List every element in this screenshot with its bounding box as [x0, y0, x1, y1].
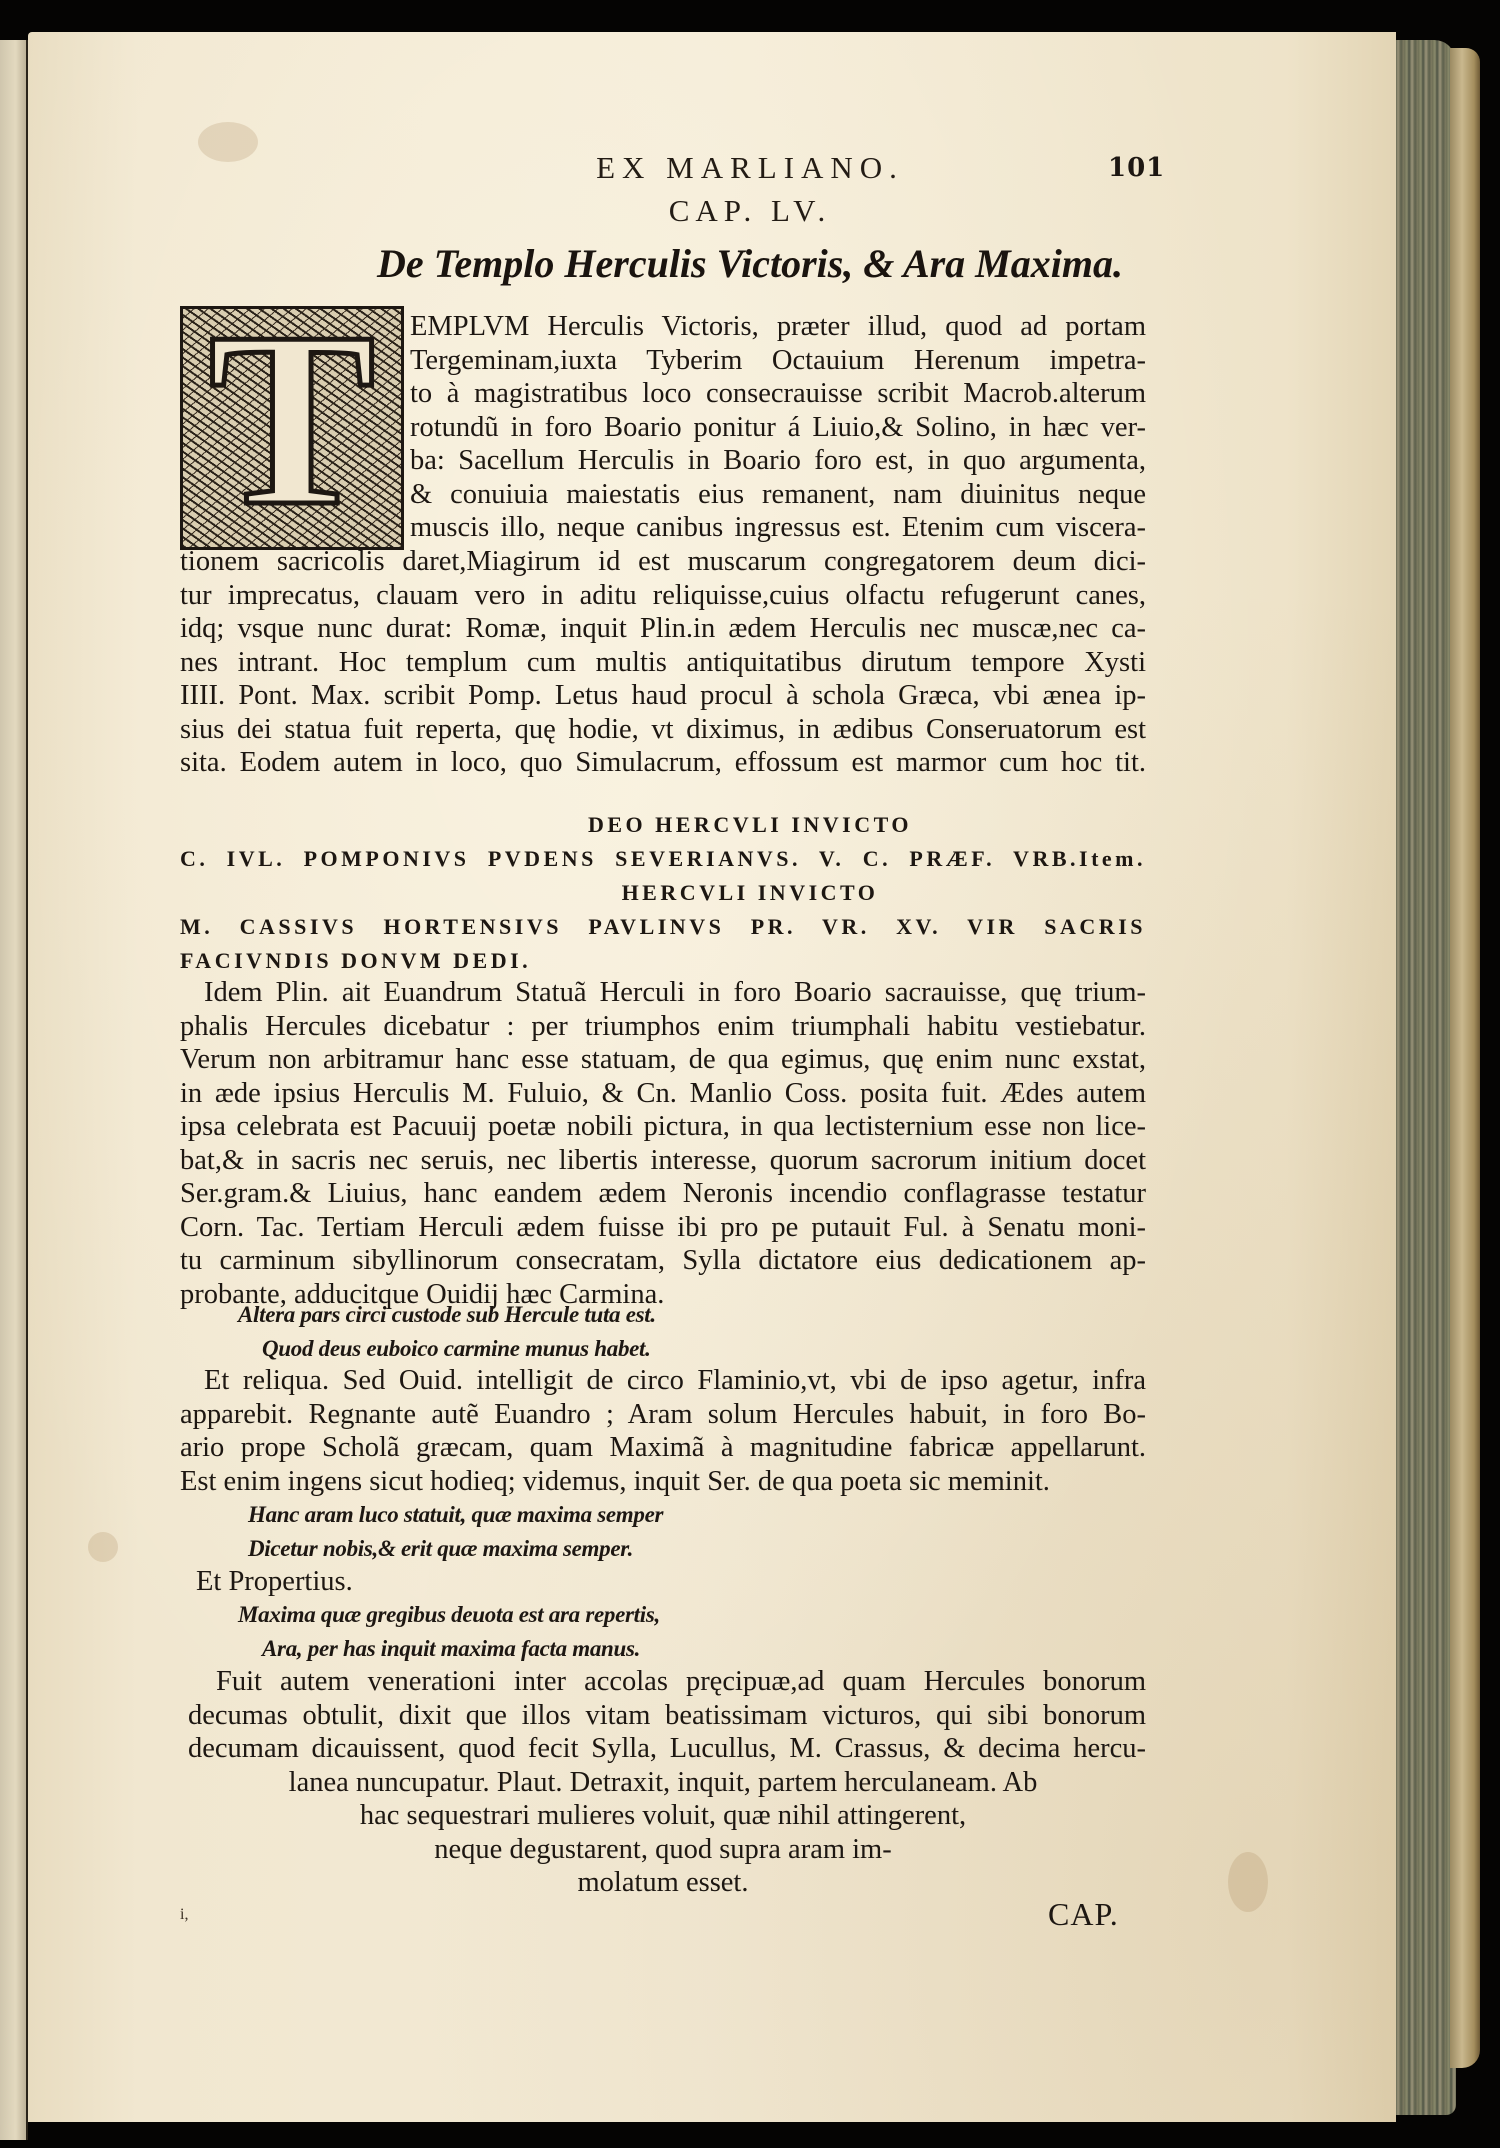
paragraph-2: Idem Plin. ait Euandrum Statuã Herculi i…	[180, 976, 1146, 1311]
verse-line: Dicetur nobis,& erit quæ maxima semper.	[248, 1536, 633, 1562]
paragraph-3: Et reliqua. Sed Ouid. intelligit de circ…	[180, 1364, 1146, 1498]
text-line: & conuiuia maiestatis eius remanent, nam…	[410, 478, 1146, 512]
text-line: Tergeminam,iuxta Tyberim Octauium Herenu…	[410, 344, 1146, 378]
text-line: lanea nuncupatur. Plaut. Detraxit, inqui…	[180, 1766, 1146, 1800]
chapter-number: CAP. LV.	[0, 193, 1500, 229]
text-line: rotundũ in foro Boario ponitur á Liuio,&…	[410, 411, 1146, 445]
text-line: phalis Hercules dicebatur : per triumpho…	[180, 1010, 1146, 1044]
text-line: in æde ipsius Herculis M. Fuluio, & Cn. …	[180, 1077, 1146, 1111]
text-line: IIII. Pont. Max. scribit Pomp. Letus hau…	[180, 679, 1146, 713]
catchword: CAP.	[1048, 1896, 1119, 1933]
text-line: apparebit. Regnante autẽ Euandro ; Aram …	[180, 1398, 1146, 1432]
verse-line: Hanc aram luco statuit, quæ maxima sempe…	[248, 1502, 663, 1528]
text-line: decumas obtulit, dixit que illos vitam b…	[180, 1699, 1146, 1733]
verse-line: Ara, per has inquit maxima facta manus.	[262, 1636, 640, 1662]
text-line: decumam dicauissent, quod fecit Sylla, L…	[180, 1732, 1146, 1766]
chapter-title: De Templo Herculis Victoris, & Ara Maxim…	[0, 240, 1500, 287]
verse-line: Maxima quæ gregibus deuota est ara reper…	[238, 1602, 660, 1628]
paragraph-1-full: tionem sacricolis daret,Miagirum id est …	[180, 545, 1146, 780]
paragraph-4: Fuit autem venerationi inter accolas prę…	[180, 1665, 1146, 1900]
inscription-line: M. CASSIVS HORTENSIVS PAVLINVS PR. VR. X…	[180, 914, 1146, 940]
text-line: Corn. Tac. Tertiam Herculi ædem fuisse i…	[180, 1211, 1146, 1245]
text-line: ario prope Scholã græcam, quam Maximã à …	[180, 1431, 1146, 1465]
text-line: Est enim ingens sicut hodieq; videmus, i…	[180, 1465, 1146, 1499]
text-line: muscis illo, neque canibus ingressus est…	[410, 511, 1146, 545]
text-line: molatum esset.	[180, 1866, 1146, 1900]
text-line: tu carminum sibyllinorum consecratam, Sy…	[180, 1244, 1146, 1278]
paragraph-1-indented: EMPLVM Herculis Victoris, præter illud, …	[410, 310, 1146, 545]
text-line: nes intrant. Hoc templum cum multis anti…	[180, 646, 1146, 680]
text-line: bat,& in sacris nec seruis, nec libertis…	[180, 1144, 1146, 1178]
text-line: sita. Eodem autem in loco, quo Simulacru…	[180, 746, 1146, 780]
inscription-line: DEO HERCVLI INVICTO	[0, 812, 1500, 838]
text-line: tionem sacricolis daret,Miagirum id est …	[180, 545, 1146, 579]
propertius-intro: Et Propertius.	[196, 1565, 353, 1599]
text-line: sius dei statua fuit reperta, quę hodie,…	[180, 713, 1146, 747]
text-line: hac sequestrari mulieres voluit, quæ nih…	[180, 1799, 1146, 1833]
woodcut-initial-icon: T	[180, 306, 404, 550]
text-line: Ser.gram.& Liuius, hanc eandem ædem Nero…	[180, 1177, 1146, 1211]
inscription-line: HERCVLI INVICTO	[0, 880, 1500, 906]
signature-mark: i,	[180, 1906, 188, 1924]
page-text-block: EX MARLIANO. 101 CAP. LV. De Templo Herc…	[0, 0, 1500, 2148]
inscription-line: C. IVL. POMPONIVS PVDENS SEVERIANVS. V. …	[180, 846, 1146, 872]
text-line: tur imprecatus, clauam vero in aditu rel…	[180, 579, 1146, 613]
running-head: EX MARLIANO.	[0, 150, 1500, 186]
text-line: neque degustarent, quod supra aram im-	[180, 1833, 1146, 1867]
verse-line: Quod deus euboico carmine munus habet.	[262, 1336, 651, 1362]
text-line: Idem Plin. ait Euandrum Statuã Herculi i…	[180, 976, 1146, 1010]
text-line: ipsa celebrata est Pacuuij poetæ nobili …	[180, 1110, 1146, 1144]
text-line: idq; vsque nunc durat: Romæ, inquit Plin…	[180, 612, 1146, 646]
text-line: Et reliqua. Sed Ouid. intelligit de circ…	[180, 1364, 1146, 1398]
page-number: 101	[1108, 153, 1165, 183]
text-line: ba: Sacellum Herculis in Boario foro est…	[410, 444, 1146, 478]
drop-cap-letter: T	[183, 295, 401, 545]
text-line: Verum non arbitramur hanc esse statuam, …	[180, 1043, 1146, 1077]
text-line: EMPLVM Herculis Victoris, præter illud, …	[410, 310, 1146, 344]
verse-line: Altera pars circi custode sub Hercule tu…	[238, 1302, 656, 1328]
text-line: Fuit autem venerationi inter accolas prę…	[180, 1665, 1146, 1699]
inscription-line: FACIVNDIS DONVM DEDI.	[180, 948, 531, 974]
text-line: to à magistratibus loco consecrauisse sc…	[410, 377, 1146, 411]
